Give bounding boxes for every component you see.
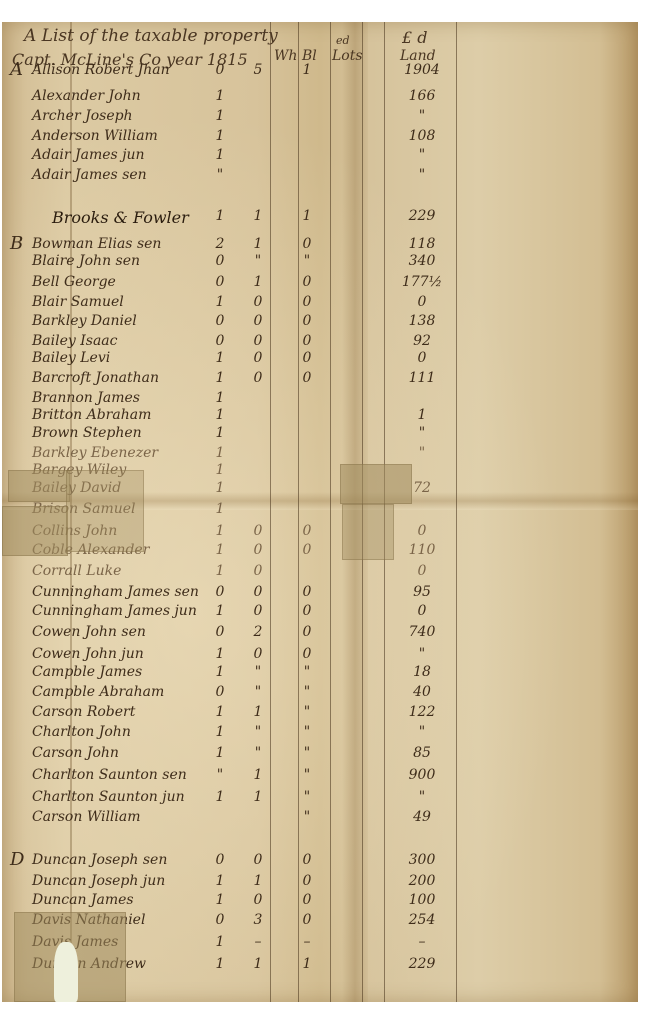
land-acres: 18 <box>397 664 447 680</box>
taxpayer-name: Blair Samuel <box>32 294 124 310</box>
land-acres: " <box>397 108 447 124</box>
wh-count: 1 <box>210 445 230 461</box>
taxpayer-name: Duncan Joseph sen <box>32 852 167 868</box>
land-acres: 92 <box>397 333 447 349</box>
lots-count: 0 <box>292 852 322 868</box>
land-acres: 177½ <box>397 274 447 290</box>
ledger-row: Cunningham James sen00095 <box>2 584 472 604</box>
bl-count: 5 <box>248 62 268 78</box>
bl-count: " <box>248 724 268 740</box>
land-acres: 300 <box>397 852 447 868</box>
bl-count: 0 <box>248 852 268 868</box>
bl-count: " <box>248 745 268 761</box>
ledger-row: Campble James1""18 <box>2 664 472 684</box>
lots-count: 0 <box>292 646 322 662</box>
wh-count: " <box>210 167 230 183</box>
taxpayer-name: Brown Stephen <box>32 425 142 441</box>
ledger-row: Duncan James100100 <box>2 892 472 912</box>
alphabet-index-letter: B <box>10 233 23 254</box>
land-acres: 200 <box>397 873 447 889</box>
wh-count: 1 <box>210 873 230 889</box>
taxpayer-name: Charlton Saunton jun <box>32 789 185 805</box>
lots-count: 0 <box>292 370 322 386</box>
wh-count: 1 <box>210 724 230 740</box>
ledger-row: Cowen John sen020740 <box>2 624 472 644</box>
land-acres: 111 <box>397 370 447 386</box>
lots-count: 0 <box>292 333 322 349</box>
taxpayer-name: Charlton John <box>32 724 131 740</box>
taxpayer-name: Campble James <box>32 664 142 680</box>
ledger-row: Charlton John1""" <box>2 724 472 744</box>
wh-count: " <box>210 767 230 783</box>
lots-count: 0 <box>292 274 322 290</box>
lots-count: " <box>292 704 322 720</box>
taxpayer-name: Cowen John sen <box>32 624 146 640</box>
wh-count: 1 <box>210 370 230 386</box>
ledger-row: Cowen John jun100" <box>2 646 472 666</box>
wh-count: 1 <box>210 108 230 124</box>
lots-count: 1 <box>292 956 322 972</box>
land-acres: 900 <box>397 767 447 783</box>
bl-count: – <box>248 934 268 950</box>
bl-count: 0 <box>248 370 268 386</box>
lots-count: 0 <box>292 624 322 640</box>
bl-count: 0 <box>248 350 268 366</box>
wh-count: 0 <box>210 253 230 269</box>
bl-count: 0 <box>248 523 268 539</box>
tape-repair <box>2 506 68 556</box>
ledger-row: Adair James jun1" <box>2 147 472 167</box>
wh-count: 0 <box>210 624 230 640</box>
taxpayer-name: Duncan James <box>32 892 134 908</box>
bl-count: 0 <box>248 603 268 619</box>
land-acres: " <box>397 789 447 805</box>
wh-count: 1 <box>210 523 230 539</box>
land-acres: 340 <box>397 253 447 269</box>
bl-count: 0 <box>248 892 268 908</box>
taxpayer-name: Carson John <box>32 745 119 761</box>
land-acres: 0 <box>397 350 447 366</box>
bl-count: 1 <box>248 236 268 252</box>
taxpayer-name: Bailey Isaac <box>32 333 117 349</box>
bl-count: 0 <box>248 542 268 558</box>
wh-count: 1 <box>210 563 230 579</box>
ledger-row: Blaire John sen0""340 <box>2 253 472 273</box>
bl-count: 1 <box>248 789 268 805</box>
land-acres: " <box>397 425 447 441</box>
alphabet-index-letter: D <box>10 849 24 870</box>
ledger-row: Bell George010177½ <box>2 274 472 294</box>
lots-count: 0 <box>292 892 322 908</box>
wh-count: 1 <box>210 603 230 619</box>
taxpayer-name: Allison Robert Jhan <box>32 62 170 78</box>
wh-count: 0 <box>210 852 230 868</box>
lots-count: 0 <box>292 313 322 329</box>
land-acres: 740 <box>397 624 447 640</box>
land-acres: 1 <box>397 407 447 423</box>
bl-count: 0 <box>248 294 268 310</box>
lots-count: " <box>292 724 322 740</box>
land-acres: " <box>397 724 447 740</box>
land-acres: " <box>397 445 447 461</box>
wh-count: 1 <box>210 208 230 224</box>
ledger-row: Blair Samuel1000 <box>2 294 472 314</box>
ledger-row: Barcroft Jonathan100111 <box>2 370 472 390</box>
ledger-row: Carson William"49 <box>2 809 472 829</box>
wh-count: 1 <box>210 128 230 144</box>
taxpayer-name: Britton Abraham <box>32 407 151 423</box>
bl-count: 1 <box>248 767 268 783</box>
taxpayer-name: Duncan Joseph jun <box>32 873 165 889</box>
taxpayer-name: Adair James jun <box>32 147 145 163</box>
taxpayer-name: Cowen John jun <box>32 646 144 662</box>
ledger-row: Charlton Saunton sen"1"900 <box>2 767 472 787</box>
wh-count: 1 <box>210 934 230 950</box>
lots-count: 0 <box>292 236 322 252</box>
lots-count: 0 <box>292 912 322 928</box>
ledger-row: Brown Stephen1" <box>2 425 472 445</box>
bl-count: " <box>248 664 268 680</box>
ledger-row: Adair James sen"" <box>2 167 472 187</box>
taxpayer-name: Bowman Elias sen <box>32 236 161 252</box>
lots-count: 0 <box>292 294 322 310</box>
wh-count: 1 <box>210 88 230 104</box>
land-acres: 166 <box>397 88 447 104</box>
bl-count: 0 <box>248 584 268 600</box>
column-header-superscript: ed <box>336 34 350 47</box>
bl-count: 1 <box>248 208 268 224</box>
bl-count: 3 <box>248 912 268 928</box>
bl-count: 1 <box>248 873 268 889</box>
ledger-row: Cunningham James jun1000 <box>2 603 472 623</box>
bl-count: " <box>248 684 268 700</box>
land-acres: 108 <box>397 128 447 144</box>
wh-count: 1 <box>210 956 230 972</box>
wh-count: 1 <box>210 704 230 720</box>
land-acres: 0 <box>397 294 447 310</box>
lots-count: 0 <box>292 603 322 619</box>
land-acres: 95 <box>397 584 447 600</box>
lots-count: 0 <box>292 350 322 366</box>
bl-count: 1 <box>248 704 268 720</box>
lots-count: " <box>292 253 322 269</box>
wh-count: 0 <box>210 274 230 290</box>
lots-count: – <box>292 934 322 950</box>
bl-count: 0 <box>248 333 268 349</box>
wh-count: 1 <box>210 425 230 441</box>
lots-count: " <box>292 789 322 805</box>
lots-count: " <box>292 684 322 700</box>
land-acres: 110 <box>397 542 447 558</box>
taxpayer-name: Blaire John sen <box>32 253 140 269</box>
land-acres: 118 <box>397 236 447 252</box>
ledger-row: Anderson William1108 <box>2 128 472 148</box>
ledger-row: Bailey Levi1000 <box>2 350 472 370</box>
lots-count: 0 <box>292 523 322 539</box>
alphabet-index-letter: A <box>10 59 23 80</box>
lots-count: 1 <box>292 62 322 78</box>
bl-count: 0 <box>248 313 268 329</box>
ledger-row: Duncan Joseph jun110200 <box>2 873 472 893</box>
wh-count: 0 <box>210 684 230 700</box>
land-acres: 0 <box>397 523 447 539</box>
land-acres: 138 <box>397 313 447 329</box>
ledger-row: Archer Joseph1" <box>2 108 472 128</box>
land-acres: 49 <box>397 809 447 825</box>
wh-count: 1 <box>210 407 230 423</box>
lots-count: 0 <box>292 584 322 600</box>
taxpayer-name: Brannon James <box>32 390 140 406</box>
lots-count: 1 <box>292 208 322 224</box>
lots-count: " <box>292 809 322 825</box>
land-acres: 85 <box>397 745 447 761</box>
land-acres: – <box>397 934 447 950</box>
tape-repair <box>66 470 144 552</box>
taxpayer-name: Bell George <box>32 274 116 290</box>
land-acres: " <box>397 646 447 662</box>
taxpayer-name: Carson William <box>32 809 141 825</box>
ledger-row: Alexander John1166 <box>2 88 472 108</box>
bl-count: 0 <box>248 563 268 579</box>
bl-count: 1 <box>248 956 268 972</box>
wh-count: 1 <box>210 646 230 662</box>
wh-count: 1 <box>210 350 230 366</box>
wh-count: 1 <box>210 462 230 478</box>
land-acres: " <box>397 147 447 163</box>
wh-count: 2 <box>210 236 230 252</box>
bl-count: 0 <box>248 646 268 662</box>
taxpayer-name: Corrall Luke <box>32 563 121 579</box>
tape-repair <box>340 464 412 504</box>
wh-count: 1 <box>210 664 230 680</box>
wh-count: 1 <box>210 294 230 310</box>
land-acres: " <box>397 167 447 183</box>
ledger-row: Carson John1""85 <box>2 745 472 765</box>
taxpayer-name: Barcroft Jonathan <box>32 370 159 386</box>
lots-count: " <box>292 767 322 783</box>
wh-count: 1 <box>210 390 230 406</box>
wh-count: 1 <box>210 789 230 805</box>
land-acres: 0 <box>397 563 447 579</box>
lots-count: " <box>292 745 322 761</box>
taxpayer-name: Brooks & Fowler <box>52 208 189 227</box>
ledger-row: Barkley Daniel000138 <box>2 313 472 333</box>
wh-count: 1 <box>210 147 230 163</box>
ledger-row: Corrall Luke100 <box>2 563 472 583</box>
taxpayer-name: Cunningham James jun <box>32 603 197 619</box>
land-acres: 100 <box>397 892 447 908</box>
land-acres: 122 <box>397 704 447 720</box>
taxpayer-name: Alexander John <box>32 88 141 104</box>
paper-tear <box>54 942 78 1002</box>
tape-repair <box>342 504 394 560</box>
lots-count: " <box>292 664 322 680</box>
land-acres: 0 <box>397 603 447 619</box>
wh-count: 0 <box>210 333 230 349</box>
land-acres: 229 <box>397 208 447 224</box>
taxpayer-name: Charlton Saunton sen <box>32 767 187 783</box>
wh-count: 1 <box>210 480 230 496</box>
taxpayer-name: Barkley Daniel <box>32 313 137 329</box>
land-acres: 229 <box>397 956 447 972</box>
wh-count: 1 <box>210 542 230 558</box>
ledger-row: DDuncan Joseph sen000300 <box>2 852 472 872</box>
heading-line-1: A List of the taxable property <box>24 26 278 46</box>
currency-mark: £ d <box>402 28 428 47</box>
ledger-row: Charlton Saunton jun11"" <box>2 789 472 809</box>
tape-repair <box>8 470 70 502</box>
wh-count: 1 <box>210 745 230 761</box>
wh-count: 1 <box>210 892 230 908</box>
taxpayer-name: Carson Robert <box>32 704 135 720</box>
land-acres: 1904 <box>397 62 447 78</box>
land-acres: 254 <box>397 912 447 928</box>
lots-count: 0 <box>292 873 322 889</box>
taxpayer-name: Barkley Ebenezer <box>32 445 158 461</box>
bl-count: 1 <box>248 274 268 290</box>
ledger-row: Britton Abraham11 <box>2 407 472 427</box>
wh-count: 1 <box>210 501 230 517</box>
ledger-row: AAllison Robert Jhan0511904 <box>2 62 472 82</box>
taxpayer-name: Archer Joseph <box>32 108 133 124</box>
taxpayer-name: Campble Abraham <box>32 684 164 700</box>
manuscript-page: A List of the taxable property Capt. McL… <box>2 22 638 1002</box>
taxpayer-name: Adair James sen <box>32 167 147 183</box>
ledger-row: Brooks & Fowler111229 <box>2 208 472 228</box>
wh-count: 0 <box>210 912 230 928</box>
taxpayer-name: Bailey Levi <box>32 350 110 366</box>
taxpayer-name: Anderson William <box>32 128 158 144</box>
wh-count: 0 <box>210 62 230 78</box>
bl-count: 2 <box>248 624 268 640</box>
wh-count: 0 <box>210 584 230 600</box>
lots-count: 0 <box>292 542 322 558</box>
wh-count: 0 <box>210 313 230 329</box>
land-acres: 40 <box>397 684 447 700</box>
taxpayer-name: Cunningham James sen <box>32 584 199 600</box>
ledger-row: Carson Robert11"122 <box>2 704 472 724</box>
ledger-row: Campble Abraham0""40 <box>2 684 472 704</box>
bl-count: " <box>248 253 268 269</box>
